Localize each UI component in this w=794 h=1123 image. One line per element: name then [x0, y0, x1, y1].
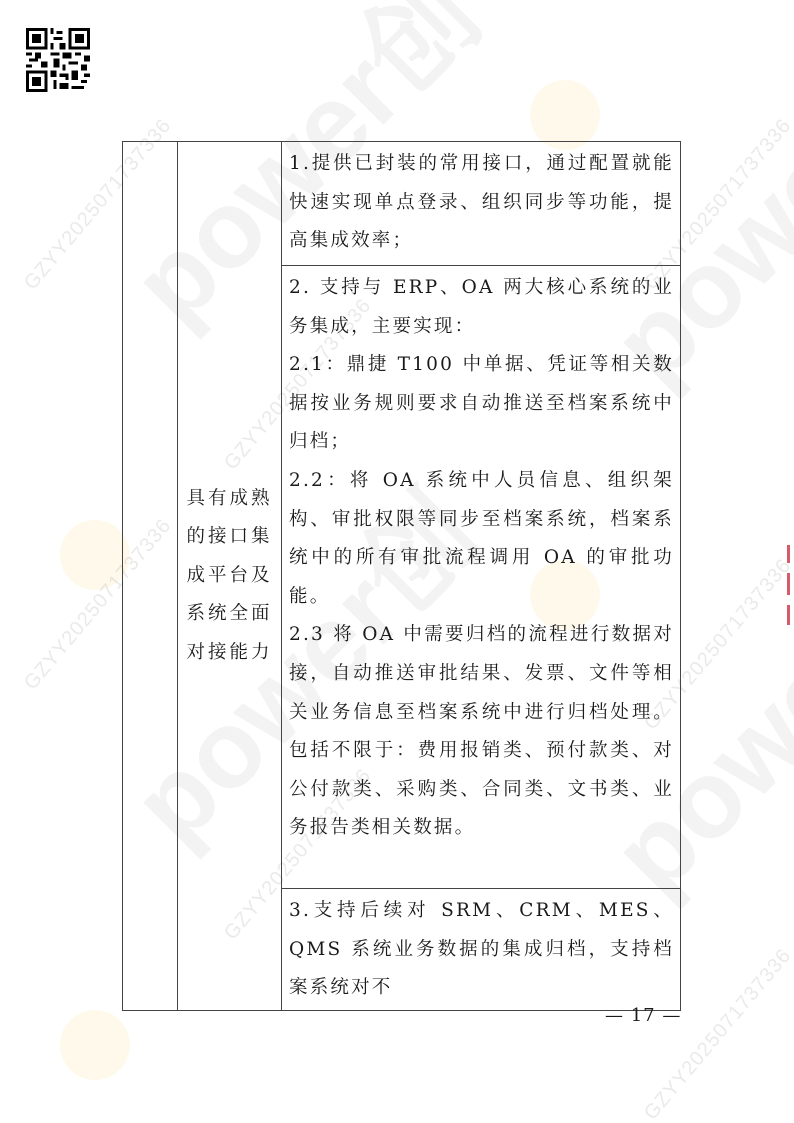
watermark-logo-circle: [60, 1010, 130, 1080]
index-cell: [123, 142, 178, 1011]
category-line: 的接口集: [184, 518, 275, 557]
requirement-cell: 3.支持后续对 SRM、CRM、MES、QMS 系统业务数据的集成归档，支持档案…: [282, 888, 681, 1010]
qr-code-icon: [26, 28, 90, 92]
requirement-cell: 2. 支持与 ERP、OA 两大核心系统的业务集成，主要实现： 2.1：鼎捷 T…: [282, 266, 681, 889]
category-line: 系统全面: [184, 595, 275, 634]
watermark-logo-circle: [530, 80, 600, 150]
requirement-paragraph: 3.支持后续对 SRM、CRM、MES、QMS 系统业务数据的集成归档，支持档案…: [289, 892, 674, 1008]
table-row: 具有成熟 的接口集 成平台及 系统全面 对接能力 1.提供已封装的常用接口，通过…: [123, 142, 681, 266]
requirement-cell: 1.提供已封装的常用接口，通过配置就能快速实现单点登录、组织同步等功能，提高集成…: [282, 142, 681, 266]
page-number: — 17 —: [605, 1005, 681, 1026]
category-cell: 具有成熟 的接口集 成平台及 系统全面 对接能力: [178, 142, 282, 1011]
category-line: 成平台及: [184, 557, 275, 596]
seal-fragment: [787, 545, 790, 640]
requirement-paragraph: 2.3 将 OA 中需要归档的流程进行数据对接，自动推送审批结果、发票、文件等相…: [289, 616, 674, 848]
category-line: 具有成熟: [184, 480, 275, 519]
requirement-paragraph: 2.2：将 OA 系统中人员信息、组织架构、审批权限等同步至档案系统，档案系统中…: [289, 462, 674, 616]
category-line: 对接能力: [184, 634, 275, 673]
watermark-logo-circle: [60, 520, 130, 590]
requirement-paragraph: 2. 支持与 ERP、OA 两大核心系统的业务集成，主要实现：: [289, 269, 674, 346]
requirement-paragraph: 2.1：鼎捷 T100 中单据、凭证等相关数据按业务规则要求自动推送至档案系统中…: [289, 346, 674, 462]
requirements-table: 具有成熟 的接口集 成平台及 系统全面 对接能力 1.提供已封装的常用接口，通过…: [122, 141, 681, 1011]
qr-code: [26, 28, 90, 92]
requirement-paragraph: 1.提供已封装的常用接口，通过配置就能快速实现单点登录、组织同步等功能，提高集成…: [289, 145, 674, 261]
